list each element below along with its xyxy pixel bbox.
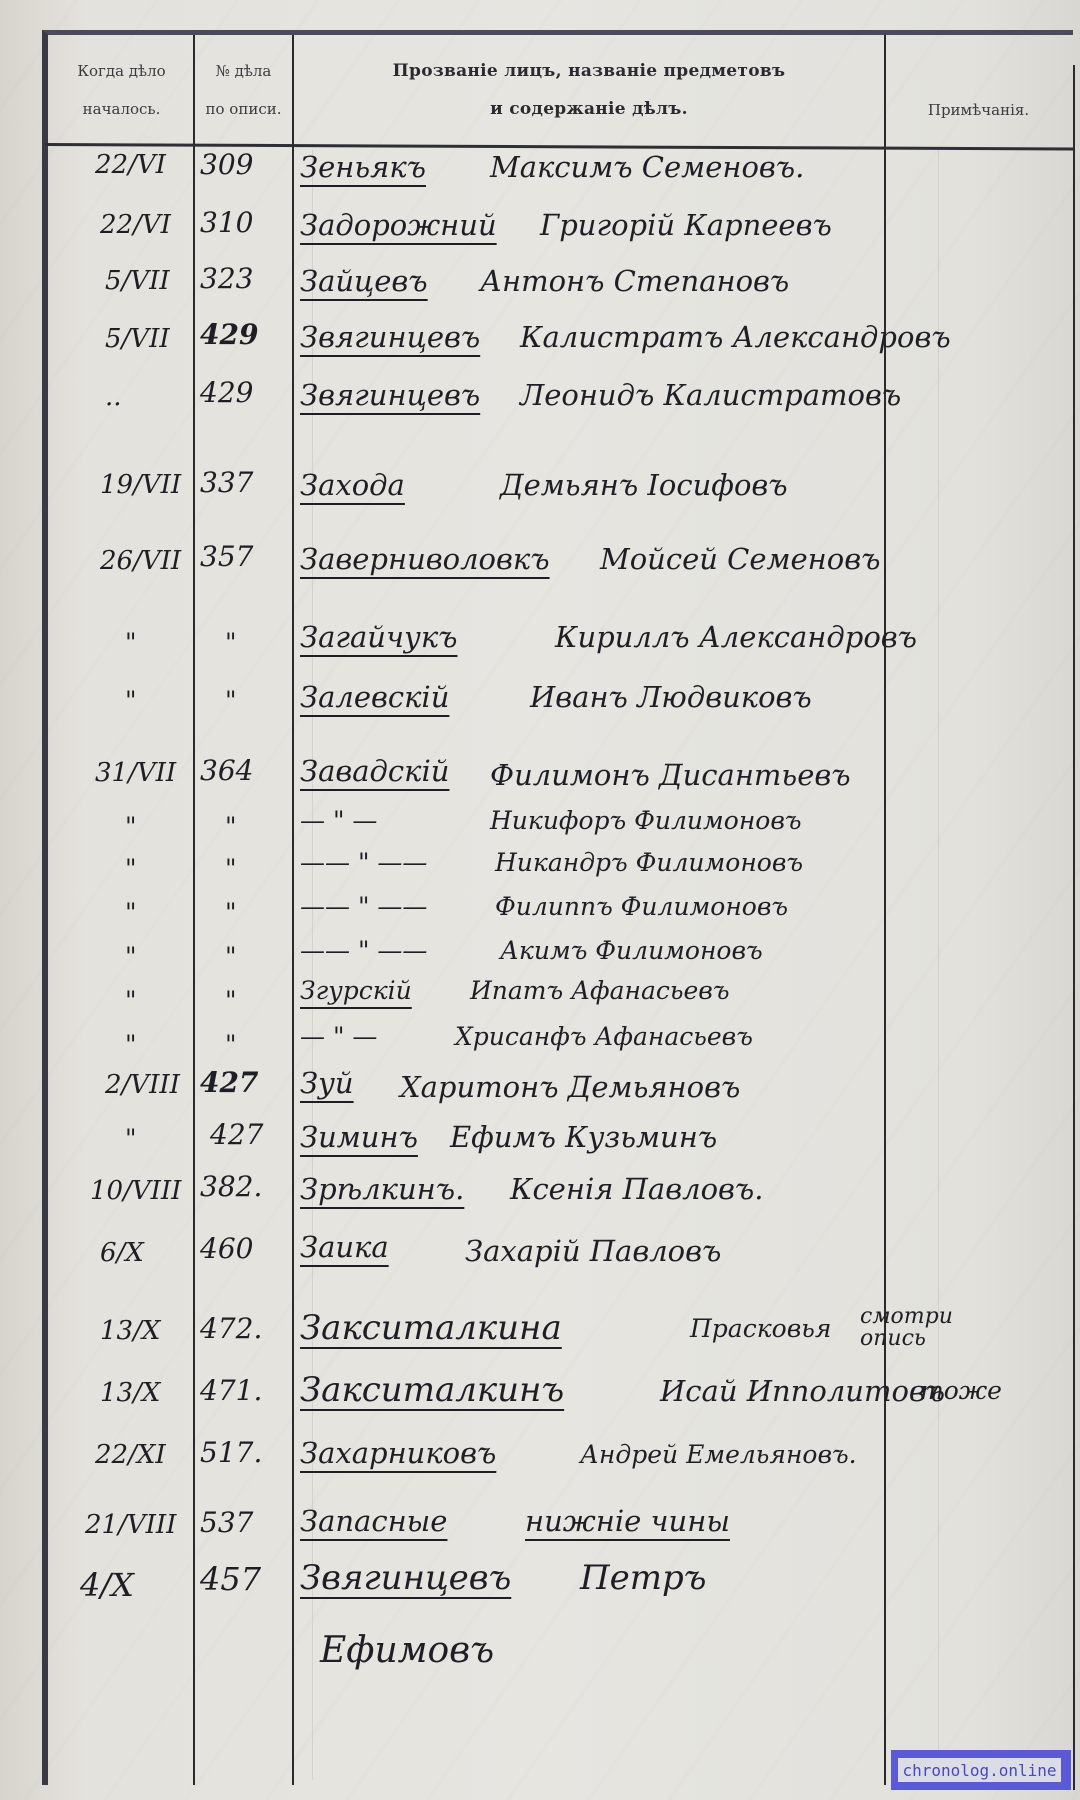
row-surname: Заходa	[300, 468, 405, 502]
row-ditto: — " —	[300, 806, 377, 835]
row-surname: Звягинцевъ	[300, 1558, 511, 1598]
row-given-name: Захарій Павловъ	[465, 1234, 721, 1268]
row-number: 429	[200, 318, 258, 351]
row-date: 21/VIII	[85, 1510, 176, 1540]
row-number: 537	[200, 1506, 253, 1539]
row-given-name: Андрей Емельяновъ.	[580, 1440, 857, 1469]
row-given-name: Филимонъ Дисантьевъ	[490, 758, 851, 792]
row-surname: Задорожний	[300, 208, 497, 242]
row-number: 364	[200, 754, 253, 787]
row-date: 6/X	[100, 1238, 144, 1268]
row-number: 517.	[200, 1436, 262, 1469]
row-date: "	[125, 1030, 137, 1059]
header-content: Прозваніе лицъ, названіе предметовъ и со…	[294, 40, 884, 140]
header-notes-label: Примѣчанія.	[928, 91, 1029, 129]
row-number: 323	[200, 262, 253, 295]
row-surname: Закситалкинъ	[300, 1370, 564, 1410]
row-number: 460	[200, 1232, 253, 1265]
row-ditto: — " —	[300, 1022, 377, 1051]
row-number: 357	[200, 540, 253, 573]
row-number: 337	[200, 466, 253, 499]
header-date-line2: началось.	[83, 90, 161, 128]
row-given-name: Исай Ипполитовъ	[660, 1374, 945, 1408]
row-given-name: Ксенія Павловъ.	[510, 1172, 763, 1206]
column-divider-date	[193, 35, 195, 1785]
row-given-name: Петръ	[580, 1558, 706, 1598]
header-content-line2: и содержаніе дѣлъ.	[490, 90, 688, 128]
row-given-name: Леонидъ Калистратовъ	[520, 378, 901, 412]
row-given-name: Никандръ Филимоновъ	[495, 848, 803, 877]
row-given-name: Демьянъ Іосифовъ	[500, 468, 788, 502]
row-surname: Запасные	[300, 1504, 447, 1538]
row-given-name: Антонъ Степановъ	[480, 264, 789, 298]
row-date: 5/VII	[105, 324, 170, 354]
row-number: 382.	[200, 1170, 262, 1203]
row-surname: Заверниволовкъ	[300, 542, 550, 576]
row-number: "	[225, 628, 237, 657]
row-number: 457	[200, 1560, 261, 1598]
row-given-name: Никифоръ Филимоновъ	[490, 806, 802, 835]
row-date: 13/X	[100, 1316, 160, 1346]
row-number: "	[225, 854, 237, 883]
row-surname: Згурскій	[300, 976, 412, 1005]
column-divider-number	[292, 35, 294, 1785]
row-given-name: Калистратъ Александровъ	[520, 320, 951, 354]
row-date: 26/VII	[100, 546, 181, 576]
row-date: "	[125, 986, 137, 1015]
row-ditto: —— " ——	[300, 936, 427, 965]
row-given-name: Максимъ Семеновъ.	[490, 150, 804, 184]
header-notes: Примѣчанія.	[886, 60, 1071, 160]
row-patronymic-continuation: Ефимовъ	[320, 1630, 494, 1671]
row-date: 19/VII	[100, 470, 181, 500]
row-date: "	[125, 686, 137, 715]
row-surname: Зуй	[300, 1066, 354, 1100]
row-given-name: Григорій Карпеевъ	[540, 208, 832, 242]
row-number: "	[225, 942, 237, 971]
row-date: 22/VI	[100, 210, 171, 240]
row-date: 5/VII	[105, 266, 170, 296]
row-given-name: Акимъ Филимоновъ	[500, 936, 763, 965]
faint-ruling	[938, 150, 939, 1780]
row-number: "	[225, 1030, 237, 1059]
row-date: "	[125, 812, 137, 841]
row-surname: Закситалкина	[300, 1308, 562, 1348]
header-date-line1: Когда дѣло	[77, 52, 165, 90]
row-number: "	[225, 986, 237, 1015]
row-note: смотри опись	[860, 1306, 1000, 1350]
header-number-line1: № дѣла	[216, 52, 272, 90]
row-date: "	[125, 854, 137, 883]
row-date: "	[125, 898, 137, 927]
row-date: 22/XI	[95, 1440, 166, 1470]
row-given-name: Мойсей Семеновъ	[600, 542, 880, 576]
row-surname: Завадскій	[300, 754, 449, 788]
row-date: 10/VIII	[90, 1176, 181, 1206]
row-surname: Звягинцевъ	[300, 378, 480, 412]
row-given-name: Иванъ Людвиковъ	[530, 680, 812, 714]
row-number: 429	[200, 376, 253, 409]
header-number-line2: по описи.	[206, 90, 282, 128]
row-given-name: Кириллъ Александровъ	[555, 620, 917, 654]
row-number: "	[225, 686, 237, 715]
row-date: 22/VI	[95, 150, 166, 180]
row-surname: Заика	[300, 1230, 389, 1264]
row-note: тоже	[920, 1376, 1002, 1405]
row-date: ..	[105, 382, 122, 412]
row-date: 31/VII	[95, 758, 176, 788]
column-divider-notes	[884, 35, 886, 1785]
row-given-name: Харитонъ Демьяновъ	[400, 1070, 740, 1104]
watermark-badge: chronolog.online	[891, 1750, 1071, 1790]
row-surname: Звягинцевъ	[300, 320, 480, 354]
row-given-name: нижніе чины	[525, 1504, 730, 1538]
row-number: 427	[210, 1118, 263, 1151]
row-date: "	[125, 1124, 137, 1153]
row-ditto: —— " ——	[300, 892, 427, 921]
row-surname: Захарниковъ	[300, 1436, 496, 1470]
row-date: 13/X	[100, 1378, 160, 1408]
row-date: "	[125, 628, 137, 657]
header-date-started: Когда дѣло началось.	[50, 40, 193, 140]
row-date: "	[125, 942, 137, 971]
header-content-line1: Прозваніе лицъ, названіе предметовъ	[393, 52, 786, 90]
row-number: "	[225, 812, 237, 841]
row-date: 4/X	[80, 1566, 134, 1604]
row-surname: Загайчукъ	[300, 620, 458, 654]
row-given-name: Ипатъ Афанасьевъ	[470, 976, 730, 1005]
watermark-text: chronolog.online	[898, 1758, 1061, 1782]
row-surname: Залевскій	[300, 680, 449, 714]
row-surname: Зрѣлкинъ.	[300, 1172, 464, 1206]
row-number: 471.	[200, 1374, 262, 1407]
row-date: 2/VIII	[105, 1070, 180, 1100]
row-surname: Зайцевъ	[300, 264, 428, 298]
row-number: 309	[200, 148, 253, 181]
row-given-name: Филиппъ Филимоновъ	[495, 892, 788, 921]
row-ditto: —— " ——	[300, 848, 427, 877]
row-number: 310	[200, 206, 253, 239]
row-number: 427	[200, 1066, 258, 1099]
row-surname: Зеньякъ	[300, 150, 426, 184]
row-given-name: Хрисанфъ Афанасьевъ	[455, 1022, 753, 1051]
row-number: 472.	[200, 1312, 262, 1345]
row-number: "	[225, 898, 237, 927]
row-given-name: Ефимъ Кузьминъ	[450, 1120, 717, 1154]
header-case-number: № дѣла по описи.	[195, 40, 292, 140]
row-given-name: Прасковья	[690, 1314, 831, 1343]
row-surname: Зиминъ	[300, 1120, 418, 1154]
